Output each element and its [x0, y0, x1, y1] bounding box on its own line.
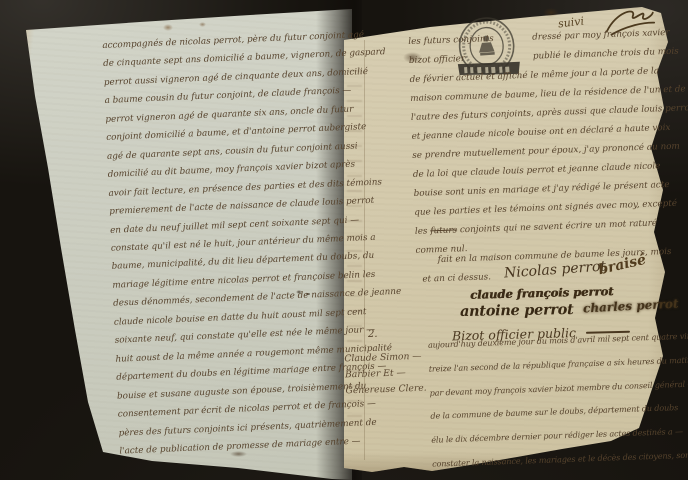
record2-text: aujourd'huy deuxieme jour du mois d'avri… — [428, 324, 688, 476]
record1-text: les futurs conjoints dressé par moy fran… — [408, 24, 674, 261]
scanned-register-photo: suivi accompagnés de nicolas perrot, pèr… — [0, 0, 688, 480]
margin-name-line: Genereuse Clere. — [345, 381, 427, 400]
margin-party-names: Claude Simon —Barbier Et —Genereuse Cler… — [344, 349, 427, 400]
line-segment: les — [415, 226, 431, 237]
record-number: 2. — [368, 329, 378, 340]
struck-word: futurs — [430, 225, 457, 236]
signature-antoine: antoine perrot — [460, 301, 574, 320]
closing-dash — [586, 331, 630, 334]
line-segment: conjoints qui ne savent écrire un mot ra… — [457, 218, 657, 235]
margin-name-line: Claude Simon — — [344, 349, 426, 368]
record1-lines: de février actuel et affiché le même jou… — [409, 62, 672, 223]
paper-stain — [543, 8, 559, 17]
paper-stain — [163, 24, 173, 31]
paper-stain — [199, 22, 206, 27]
